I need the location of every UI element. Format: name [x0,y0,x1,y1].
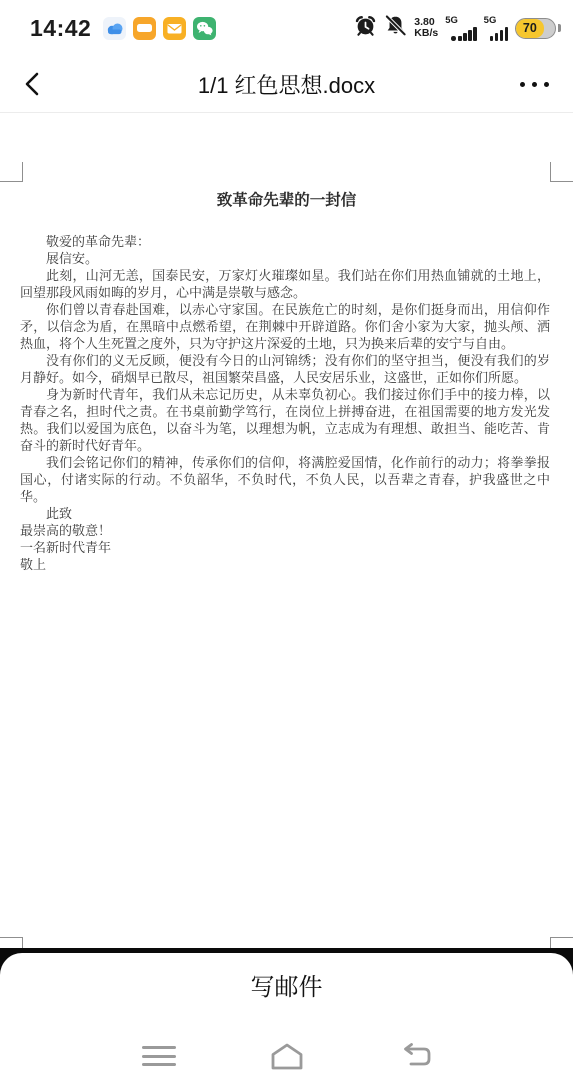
alarm-icon [354,14,377,42]
letter-closing: 此致 [20,505,550,522]
home-icon [268,1041,306,1071]
recents-button[interactable] [139,1039,179,1073]
title-bar: 1/1 红色思想.docx [0,56,573,113]
battery-tip [558,24,561,32]
mute-bell-icon [384,14,407,42]
page-corner-mark-top-left [0,162,23,182]
status-indicators: 3.80 KB/s 5G 5G 70 [354,14,561,42]
letter-paragraph: 展信安。 [20,250,550,267]
sim1-signal: 5G [445,16,476,41]
letter-paragraph: 没有你们的义无反顾，便没有今日的山河锦绣；没有你们的坚守担当，便没有我们的岁月静… [20,352,550,386]
document-viewport[interactable]: 致革命先辈的一封信 敬爱的革命先辈： 展信安。 此刻，山河无恙，国泰民安，万家灯… [0,114,573,948]
cloud-app-icon [103,17,126,40]
notification-icons [103,17,216,40]
system-navigation-bar [0,1039,573,1073]
letter-title: 致革命先辈的一封信 [0,190,573,211]
page-corner-mark-top-right [550,162,573,182]
letter-paragraph: 此刻，山河无恙，国泰民安，万家灯火璀璨如星。我们站在你们用热血铺就的土地上，回望… [20,267,550,301]
clock-time: 14:42 [30,15,91,42]
letter-signature: 一名新时代青年 [20,539,550,556]
back-nav-button[interactable] [395,1039,435,1073]
wechat-app-icon [193,17,216,40]
back-nav-icon [396,1042,434,1070]
battery-indicator: 70 [515,18,556,39]
bottom-sheet: 写邮件 [0,953,573,1086]
file-title: 1/1 红色思想.docx [0,69,573,100]
data-activity-dot [451,36,456,41]
letter-body: 敬爱的革命先辈： 展信安。 此刻，山河无恙，国泰民安，万家灯火璀璨如星。我们站在… [20,233,550,573]
mail-app-icon [163,17,186,40]
letter-paragraph: 身为新时代青年，我们从未忘记历史，从未辜负初心。我们接过你们手中的接力棒，以青春… [20,386,550,454]
letter-closing: 最崇高的敬意！ [20,522,550,539]
sim2-signal: 5G [484,16,508,41]
letter-paragraph: 我们会铭记你们的精神，传承你们的信仰，将满腔爱国情，化作前行的动力；将拳拳报国心… [20,454,550,505]
letter-paragraph: 你们曾以青春赴国难，以赤心守家国。在民族危亡的时刻，是你们挺身而出，用信仰作矛，… [20,301,550,352]
card-app-icon [133,17,156,40]
status-bar: 14:42 [0,0,573,56]
letter-signature: 敬上 [20,556,550,573]
recents-icon [142,1046,176,1066]
write-email-button[interactable]: 写邮件 [0,973,573,1003]
home-button[interactable] [267,1039,307,1073]
network-speed: 3.80 KB/s [414,17,438,39]
letter-salutation: 敬爱的革命先辈： [20,233,550,250]
